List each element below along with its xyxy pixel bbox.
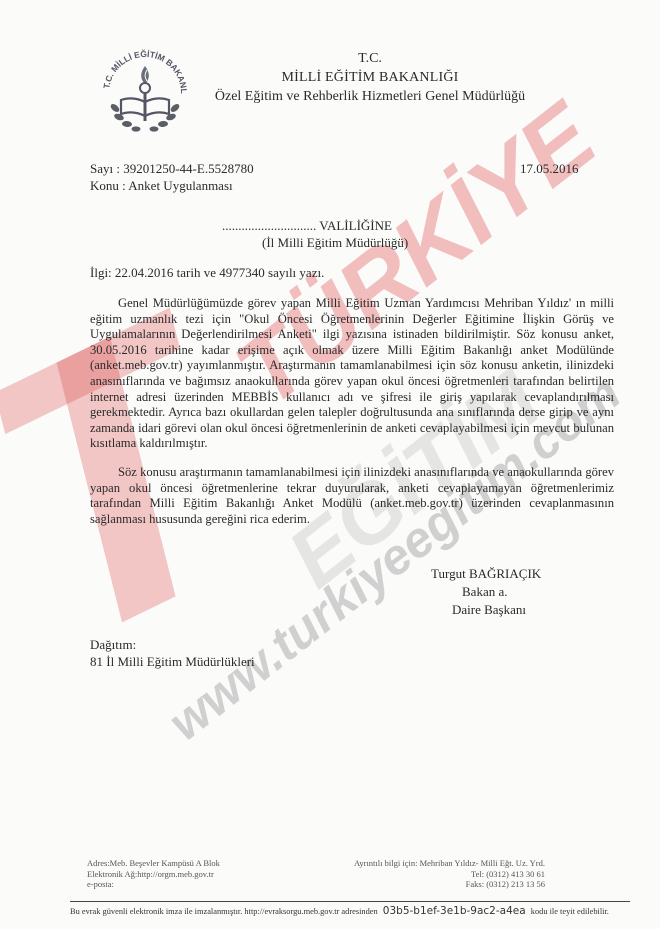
signatory-title-1: Bakan a.: [462, 583, 507, 601]
verification-line: Bu evrak güvenli elektronik imza ile imz…: [70, 905, 609, 918]
footer-address-block: Adres:Meb. Beşevler Kampüsü A Blok Elekt…: [87, 858, 220, 890]
signatory-name: Turgut BAĞRIAÇIK: [431, 565, 541, 583]
distribution-value: 81 İl Milli Eğitim Müdürlükleri: [90, 653, 255, 670]
addressee-sub: (İl Milli Eğitim Müdürlüğü): [262, 234, 408, 251]
header-tc: T.C.: [180, 50, 560, 68]
body-paragraph-2: Söz konusu araştırmanın tamamlanabilmesi…: [90, 465, 614, 527]
footer-tel: Tel: (0312) 413 30 61: [354, 869, 545, 880]
document-page: TÜRKİYE EĞİTİM www.turkiyeegitim.com T.C…: [0, 0, 660, 929]
document-subject: Konu : Anket Uygulanması: [90, 177, 233, 194]
verification-suffix: kodu ile teyit edilebilir.: [531, 907, 609, 916]
verification-code: 03b5-b1ef-3e1b-9ac2-a4ea: [383, 905, 526, 917]
footer-web[interactable]: Elektronik Ağ:http://orgm.meb.gov.tr: [87, 869, 220, 880]
document-number: Sayı : 39201250-44-E.5528780: [90, 160, 254, 177]
footer-fax: Faks: (0312) 213 13 56: [354, 879, 545, 890]
signatory-title-2: Daire Başkanı: [452, 601, 526, 619]
paragraph-text: Söz konusu araştırmanın tamamlanabilmesi…: [90, 465, 614, 527]
footer-email: e-posta:: [87, 879, 220, 890]
verification-prefix: Bu evrak güvenli elektronik imza ile imz…: [70, 907, 378, 916]
footer-contact-block: Ayrıntılı bilgi için: Mehriban Yıldız- M…: [354, 858, 545, 890]
document-date: 17.05.2016: [520, 160, 579, 177]
footer-contact: Ayrıntılı bilgi için: Mehriban Yıldız- M…: [354, 858, 545, 869]
header-directorate: Özel Eğitim ve Rehberlik Hizmetleri Gene…: [180, 88, 560, 106]
svg-text:T.C. MİLLİ EĞİTİM BAKANLIĞI: T.C. MİLLİ EĞİTİM BAKANLIĞI: [95, 38, 189, 94]
body-paragraph-1: Genel Müdürlüğümüzde görev yapan Milli E…: [90, 296, 614, 452]
footer-address: Adres:Meb. Beşevler Kampüsü A Blok: [87, 858, 220, 869]
header-ministry: MİLLİ EĞİTİM BAKANLIĞI: [180, 69, 560, 87]
footer-divider: [70, 901, 630, 902]
addressee: ............................. VALİLİĞİNE: [222, 217, 392, 234]
paragraph-text: Genel Müdürlüğümüzde görev yapan Milli E…: [90, 296, 614, 452]
reference-line: İlgi: 22.04.2016 tarih ve 4977340 sayılı…: [90, 264, 324, 281]
distribution-label: Dağıtım:: [90, 636, 136, 653]
